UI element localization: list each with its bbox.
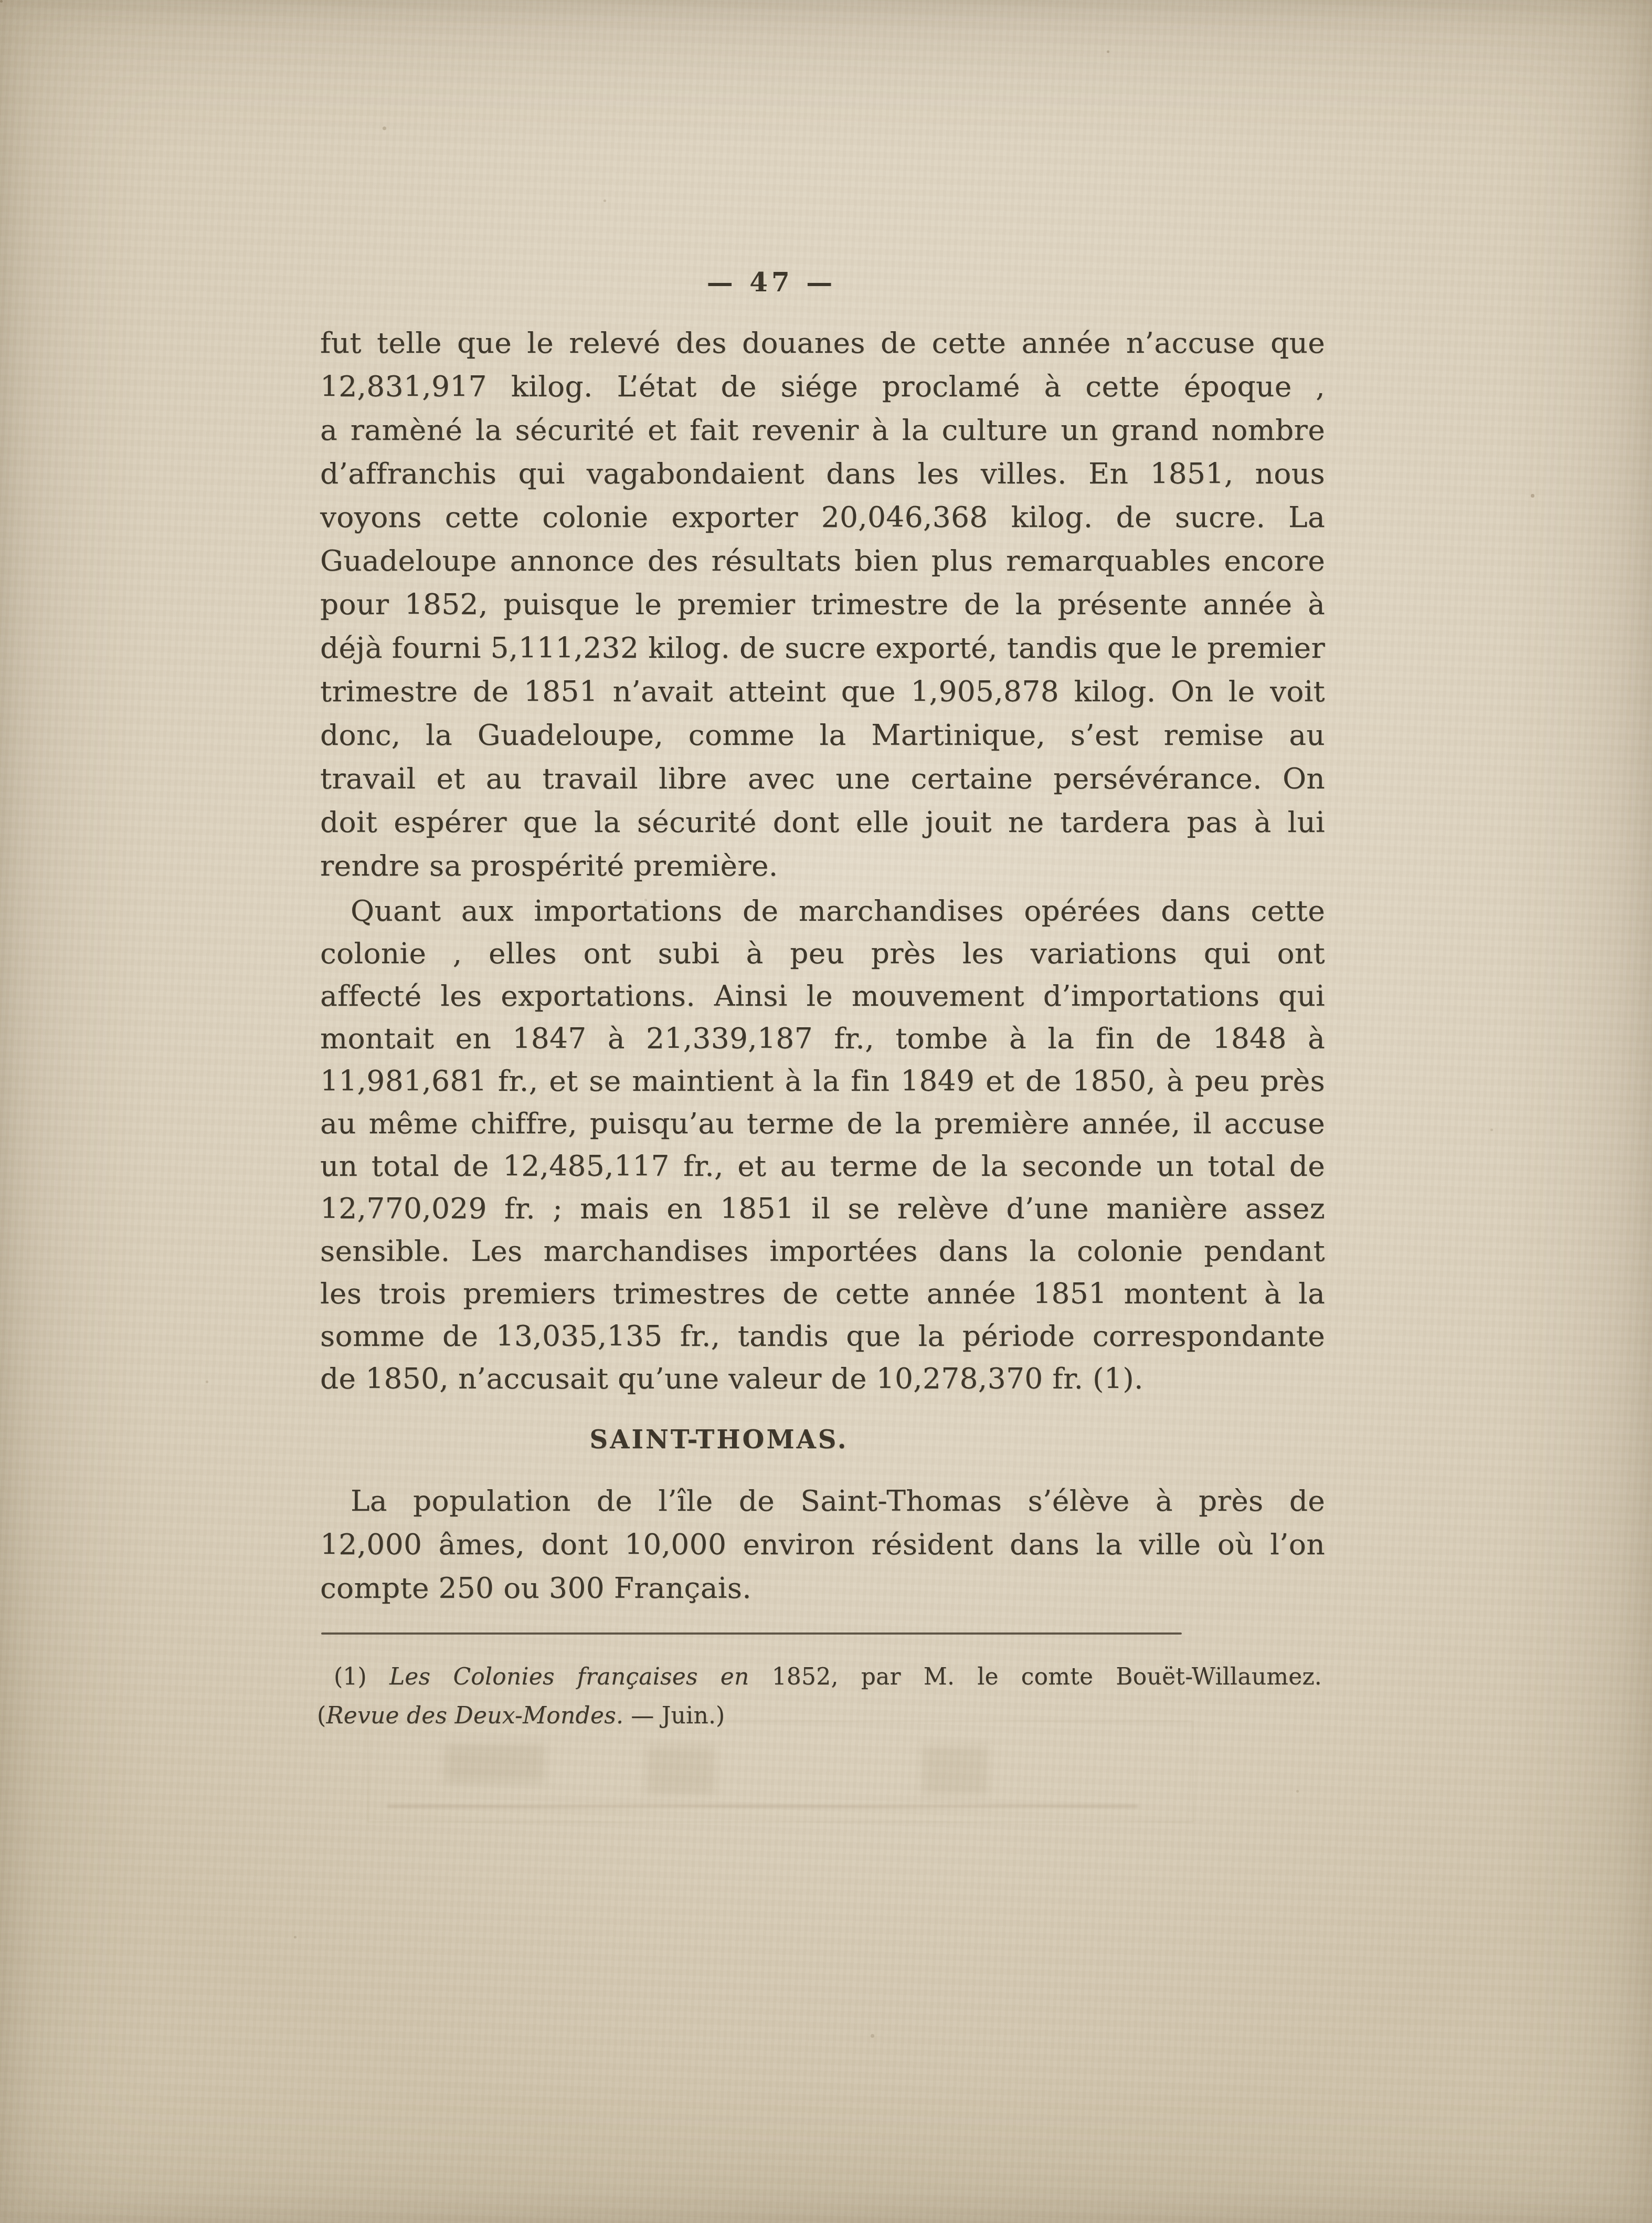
text-line: doit espérer que la sécurité dont elle j…: [320, 800, 1325, 844]
bleedthrough-table-ghost: [367, 1721, 1193, 1822]
footnote-line: (1) Les Colonies françaises en 1852, par…: [317, 1658, 1322, 1697]
text-segment: — Juin.): [623, 1702, 725, 1729]
text-line: fut telle que le relevé des douanes de c…: [320, 321, 1325, 365]
scanned-book-page: — 47 — fut telle que le relevé des douan…: [0, 0, 1652, 2223]
text-line: de 1850, n’accusait qu’une valeur de 10,…: [320, 1357, 1325, 1400]
bleedthrough-smudge: [923, 1746, 988, 1794]
bleedthrough-rule-ghost: [387, 1805, 1138, 1808]
page-number: — 47 —: [666, 261, 876, 303]
footnote-divider-rule: [321, 1632, 1182, 1635]
text-line: Guadeloupe annonce des résultats bien pl…: [320, 539, 1325, 583]
text-line: Quant aux importations de marchandises o…: [320, 890, 1325, 932]
text-line: travail et au travail libre avec une cer…: [320, 757, 1325, 800]
text-line: au même chiffre, puisqu’au terme de la p…: [320, 1102, 1325, 1145]
text-segment: 1852, par M. le comte Bouët-Willaumez.: [772, 1663, 1322, 1690]
paragraph-martinique-guadeloupe-exports: fut telle que le relevé des douanes de c…: [320, 321, 1325, 888]
text-line: compte 250 ou 300 Français.: [320, 1566, 1325, 1610]
text-line: d’affranchis qui vagabondaient dans les …: [320, 452, 1325, 496]
text-segment: (: [317, 1702, 326, 1729]
bleedthrough-smudge: [445, 1744, 545, 1783]
text-line: a ramèné la sécurité et fait revenir à l…: [320, 408, 1325, 452]
text-line: les trois premiers trimestres de cette a…: [320, 1272, 1325, 1315]
paragraph-importations: Quant aux importations de marchandises o…: [320, 890, 1325, 1400]
text-line: voyons cette colonie exporter 20,046,368…: [320, 496, 1325, 539]
text-line: 12,770,029 fr. ; mais en 1851 il se relè…: [320, 1187, 1325, 1230]
text-line: trimestre de 1851 n’avait atteint que 1,…: [320, 670, 1325, 713]
italic-text-segment: Les Colonies françaises en: [389, 1663, 772, 1690]
italic-text-segment: Revue des Deux-Mondes.: [326, 1702, 623, 1729]
text-line: 12,000 âmes, dont 10,000 environ résiden…: [320, 1523, 1325, 1566]
paragraph-saint-thomas-population: La population de l’île de Saint-Thomas s…: [320, 1479, 1325, 1610]
text-line: donc, la Guadeloupe, comme la Martinique…: [320, 713, 1325, 757]
text-line: La population de l’île de Saint-Thomas s…: [320, 1479, 1325, 1523]
section-heading-saint-thomas: SAINT-THOMAS.: [430, 1417, 1008, 1462]
text-line: sensible. Les marchandises importées dan…: [320, 1230, 1325, 1272]
text-line: pour 1852, puisque le premier trimestre …: [320, 583, 1325, 626]
footnote-citation: (1) Les Colonies françaises en 1852, par…: [317, 1658, 1322, 1735]
text-line: colonie , elles ont subi à peu près les …: [320, 932, 1325, 975]
text-line: déjà fourni 5,111,232 kilog. de sucre ex…: [320, 626, 1325, 670]
text-line: montait en 1847 à 21,339,187 fr., tombe …: [320, 1017, 1325, 1060]
text-line: rendre sa prospérité première.: [320, 844, 1325, 888]
text-line: un total de 12,485,117 fr., et au terme …: [320, 1145, 1325, 1187]
text-line: 12,831,917 kilog. L’état de siége procla…: [320, 365, 1325, 408]
text-segment: (1): [334, 1663, 389, 1690]
paper-specks: [0, 0, 3, 3]
text-line: affecté les exportations. Ainsi le mouve…: [320, 975, 1325, 1017]
footnote-line: (Revue des Deux-Mondes. — Juin.): [317, 1697, 1322, 1735]
bleedthrough-smudge: [647, 1746, 715, 1794]
text-line: somme de 13,035,135 fr., tandis que la p…: [320, 1315, 1325, 1357]
text-line: 11,981,681 fr., et se maintient à la fin…: [320, 1060, 1325, 1102]
